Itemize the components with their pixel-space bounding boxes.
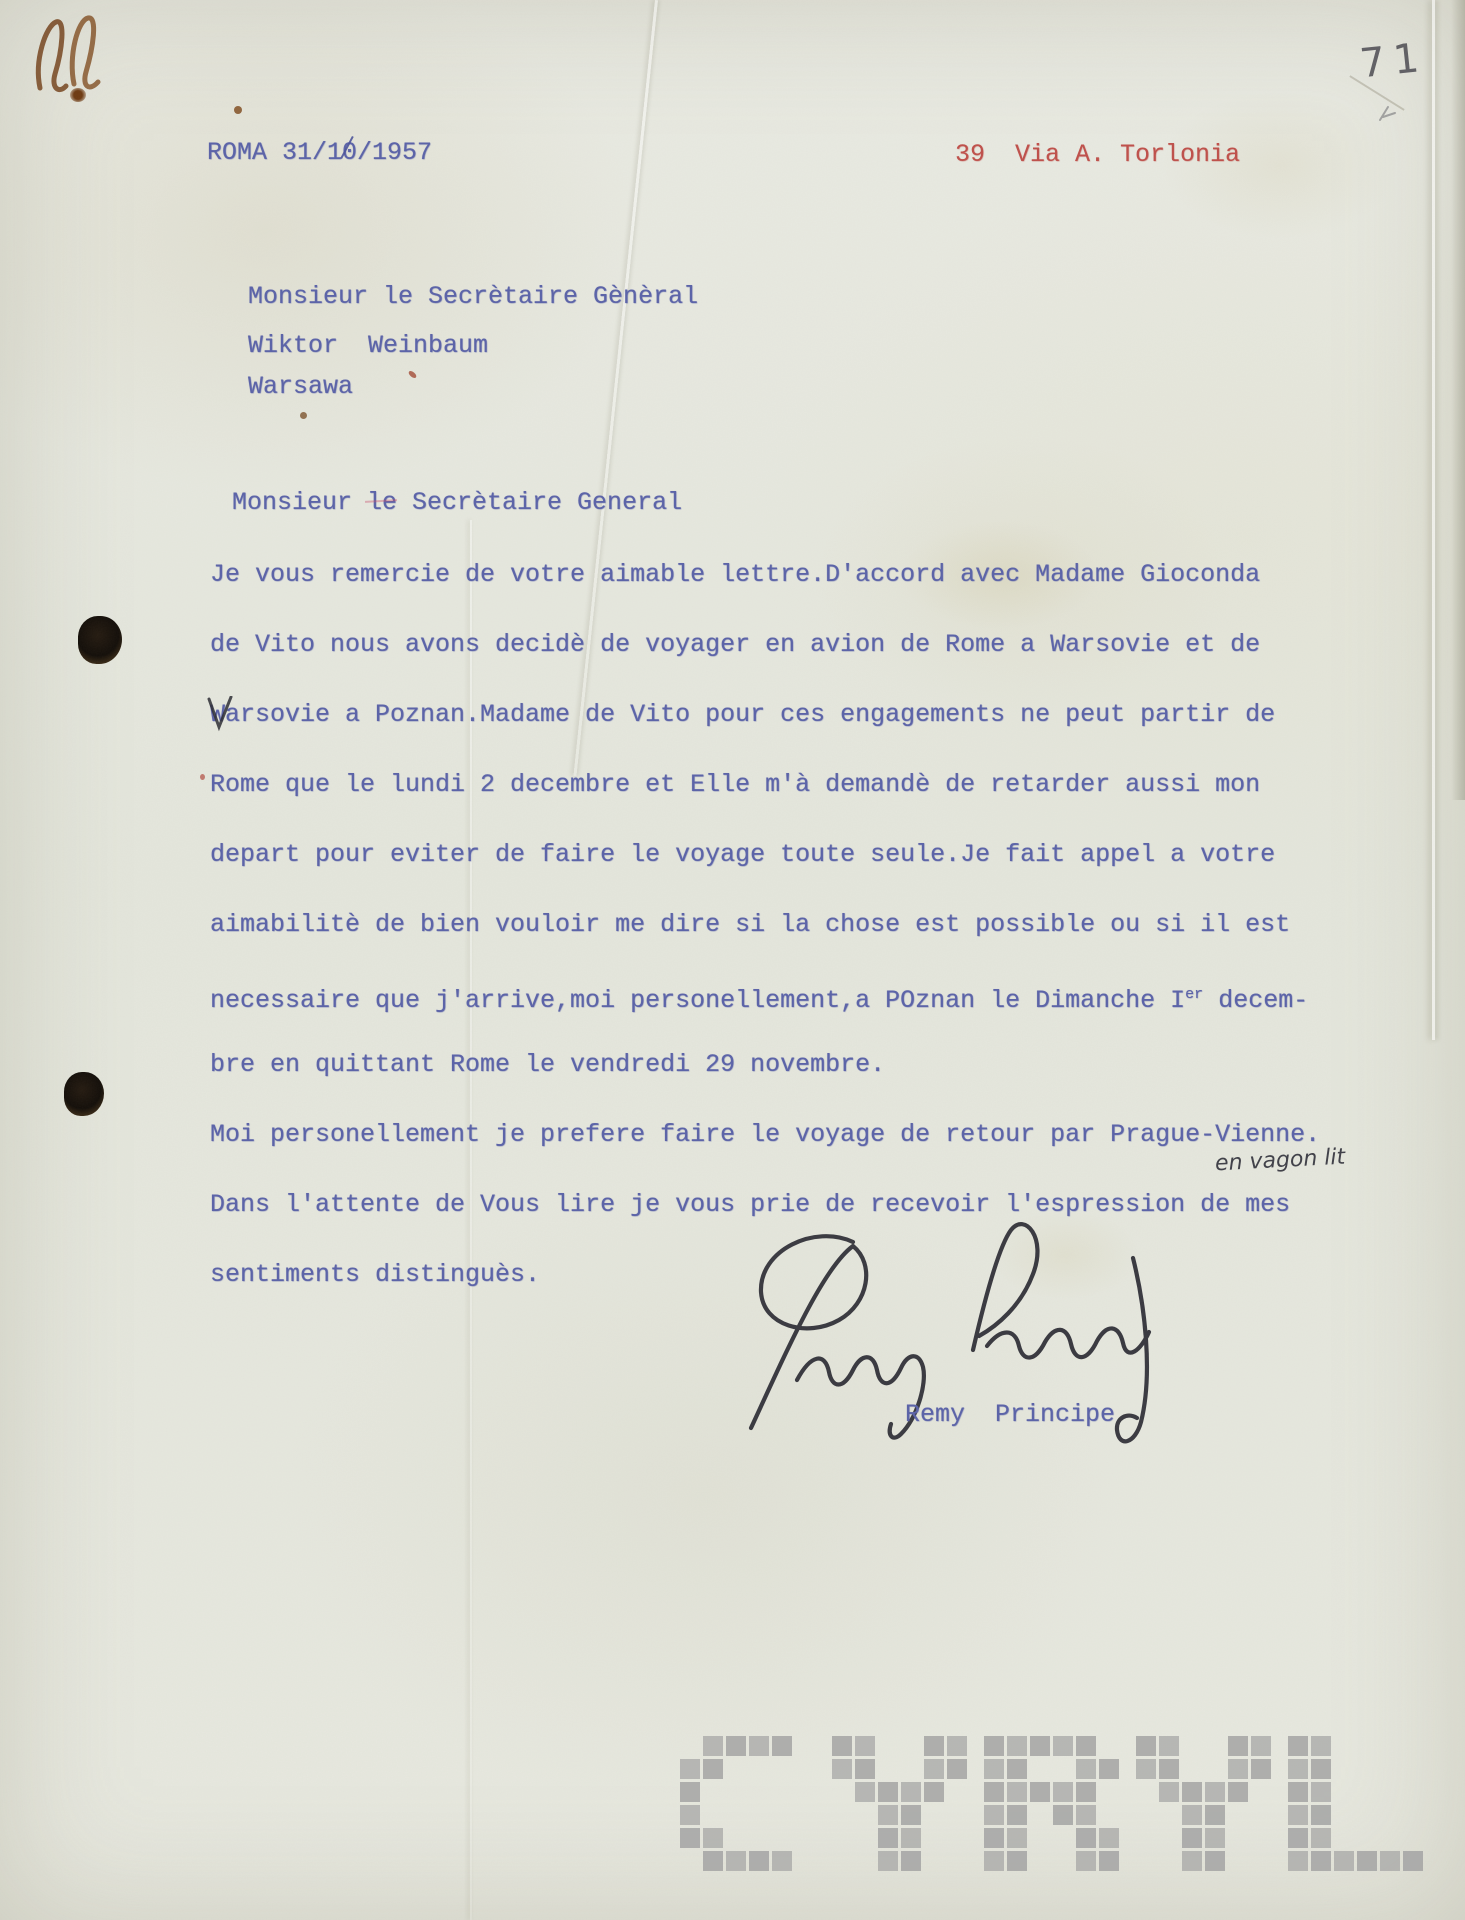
rust-scribble — [26, 6, 122, 110]
watermark-pixel — [1228, 1736, 1248, 1756]
watermark-pixel — [703, 1759, 723, 1779]
body-line-7: necessaire que j'arrive,moi personelleme… — [210, 980, 1308, 1016]
watermark-pixel — [901, 1851, 921, 1871]
watermark-pixel — [855, 1736, 875, 1756]
watermark-pixel — [1357, 1851, 1377, 1871]
watermark-pixel — [984, 1782, 1004, 1802]
watermark-pixel — [1076, 1782, 1096, 1802]
watermark-pixel — [1159, 1736, 1179, 1756]
watermark-pixel — [703, 1828, 723, 1848]
watermark-pixel — [1311, 1851, 1331, 1871]
paper-fleck-2 — [300, 412, 307, 419]
punch-hole-top — [78, 616, 122, 664]
right-edge-fold — [1432, 0, 1435, 1040]
watermark-pixel — [726, 1851, 746, 1871]
paper-fleck-1 — [234, 106, 242, 114]
watermark-pixel — [1007, 1851, 1027, 1871]
recipient-line-3: Warsawa — [248, 372, 353, 402]
salutation: Monsieur le Secrètaire General — [232, 488, 682, 518]
watermark-pixel — [1030, 1736, 1050, 1756]
watermark-pixel — [924, 1736, 944, 1756]
watermark-pixel — [1228, 1782, 1248, 1802]
watermark-pixel — [1403, 1851, 1423, 1871]
watermark-pixel — [901, 1828, 921, 1848]
watermark-pixel — [1288, 1851, 1308, 1871]
watermark-pixel — [1228, 1759, 1248, 1779]
watermark-pixel — [878, 1828, 898, 1848]
watermark-pixel — [947, 1759, 967, 1779]
handwritten-annotation: en vagon lit — [1214, 1145, 1345, 1177]
watermark-pixel — [1311, 1736, 1331, 1756]
watermark-pixel — [680, 1805, 700, 1825]
watermark-pixel — [1159, 1782, 1179, 1802]
paper-fleck-4 — [200, 774, 205, 780]
body-line-2: de Vito nous avons decidè de voyager en … — [210, 630, 1260, 660]
watermark-pixel — [1311, 1828, 1331, 1848]
watermark-pixel — [1007, 1828, 1027, 1848]
watermark-pixel — [1076, 1851, 1096, 1871]
date-line: ROMA 31/10/1957 — [207, 138, 432, 168]
watermark-pixel — [1007, 1782, 1027, 1802]
recipient-line-1: Monsieur le Secrètaire Gènèral — [248, 282, 698, 312]
watermark-pixel — [901, 1805, 921, 1825]
sender-address: 39 Via A. Torlonia — [955, 140, 1240, 170]
watermark-pixel — [703, 1851, 723, 1871]
watermark-pixel — [1288, 1805, 1308, 1825]
watermark-pixel — [1205, 1782, 1225, 1802]
watermark-pixel — [1288, 1828, 1308, 1848]
watermark-pixel — [1251, 1736, 1271, 1756]
watermark-pixel — [1099, 1851, 1119, 1871]
watermark-pixel — [878, 1805, 898, 1825]
watermark-pixel — [984, 1736, 1004, 1756]
watermark-pixel — [1030, 1782, 1050, 1802]
watermark-pixel — [1334, 1851, 1354, 1871]
watermark-pixel — [1380, 1851, 1400, 1871]
watermark-pixel — [749, 1851, 769, 1871]
watermark-pixel — [984, 1805, 1004, 1825]
watermark-pixel — [772, 1736, 792, 1756]
body-line-7-text: necessaire que j'arrive,moi personelleme… — [210, 986, 1185, 1015]
watermark-pixel — [1288, 1759, 1308, 1779]
pencil-tick — [1378, 104, 1400, 124]
watermark-pixel — [984, 1828, 1004, 1848]
body-line-9: Moi personellement je prefere faire le v… — [210, 1120, 1320, 1150]
watermark-cyryl — [680, 1736, 1430, 1876]
page-number: 71 — [1358, 35, 1429, 88]
watermark-pixel — [1053, 1736, 1073, 1756]
watermark-pixel — [924, 1782, 944, 1802]
body-line-7-tail: decem- — [1203, 986, 1308, 1015]
lower-fold-crease — [470, 520, 472, 1920]
watermark-pixel — [1288, 1782, 1308, 1802]
watermark-pixel — [1288, 1736, 1308, 1756]
watermark-pixel — [947, 1736, 967, 1756]
watermark-pixel — [901, 1782, 921, 1802]
watermark-pixel — [1076, 1828, 1096, 1848]
watermark-pixel — [680, 1759, 700, 1779]
watermark-pixel — [1053, 1782, 1073, 1802]
body-line-10: Dans l'attente de Vous lire je vous prie… — [210, 1190, 1290, 1220]
watermark-pixel — [1182, 1851, 1202, 1871]
watermark-pixel — [680, 1782, 700, 1802]
watermark-pixel — [1205, 1805, 1225, 1825]
watermark-pixel — [1182, 1828, 1202, 1848]
watermark-pixel — [1251, 1759, 1271, 1779]
ink-blot — [70, 88, 86, 102]
body-line-3: Warsovie a Poznan.Madame de Vito pour ce… — [210, 700, 1275, 730]
watermark-pixel — [680, 1828, 700, 1848]
watermark-pixel — [772, 1851, 792, 1871]
typed-signature-name: Remy Principe — [905, 1400, 1115, 1430]
watermark-pixel — [703, 1736, 723, 1756]
watermark-pixel — [1205, 1851, 1225, 1871]
right-edge-shadow — [1451, 0, 1465, 800]
watermark-pixel — [984, 1851, 1004, 1871]
scanned-letter-page: 71 ROMA 31/10/1957 39 Via A. Torlonia Mo… — [0, 0, 1465, 1920]
watermark-pixel — [855, 1759, 875, 1779]
watermark-pixel — [1007, 1759, 1027, 1779]
watermark-pixel — [1076, 1759, 1096, 1779]
watermark-pixel — [832, 1736, 852, 1756]
body-line-11: sentiments distinguès. — [210, 1260, 540, 1290]
watermark-pixel — [1053, 1805, 1073, 1825]
watermark-pixel — [1099, 1828, 1119, 1848]
body-line-4: Rome que le lundi 2 decembre et Elle m'à… — [210, 770, 1260, 800]
watermark-pixel — [878, 1782, 898, 1802]
body-line-7-superscript: er — [1185, 986, 1203, 1003]
age-stain-2 — [990, 1210, 1140, 1300]
watermark-pixel — [878, 1851, 898, 1871]
watermark-pixel — [1136, 1736, 1156, 1756]
watermark-pixel — [1076, 1736, 1096, 1756]
watermark-pixel — [1007, 1736, 1027, 1756]
watermark-pixel — [1182, 1805, 1202, 1825]
paper-grain-texture — [0, 0, 1465, 1920]
body-line-1: Je vous remercie de votre aimable lettre… — [210, 560, 1260, 590]
watermark-pixel — [726, 1736, 746, 1756]
watermark-pixel — [1099, 1759, 1119, 1779]
watermark-pixel — [984, 1759, 1004, 1779]
watermark-pixel — [832, 1759, 852, 1779]
watermark-pixel — [1311, 1782, 1331, 1802]
punch-hole-bottom — [64, 1072, 104, 1116]
watermark-pixel — [749, 1736, 769, 1756]
watermark-pixel — [855, 1782, 875, 1802]
body-line-6: aimabilitè de bien vouloir me dire si la… — [210, 910, 1290, 940]
watermark-pixel — [1311, 1759, 1331, 1779]
recipient-line-2: Wiktor Weinbaum — [248, 331, 488, 361]
watermark-pixel — [1205, 1828, 1225, 1848]
watermark-pixel — [1159, 1759, 1179, 1779]
watermark-pixel — [924, 1759, 944, 1779]
watermark-pixel — [1311, 1805, 1331, 1825]
watermark-pixel — [1007, 1805, 1027, 1825]
body-line-5: depart pour eviter de faire le voyage to… — [210, 840, 1275, 870]
watermark-pixel — [1182, 1782, 1202, 1802]
body-line-8: bre en quittant Rome le vendredi 29 nove… — [210, 1050, 885, 1080]
paper-fleck-3 — [407, 370, 417, 380]
watermark-pixel — [1076, 1805, 1096, 1825]
watermark-pixel — [1136, 1759, 1156, 1779]
